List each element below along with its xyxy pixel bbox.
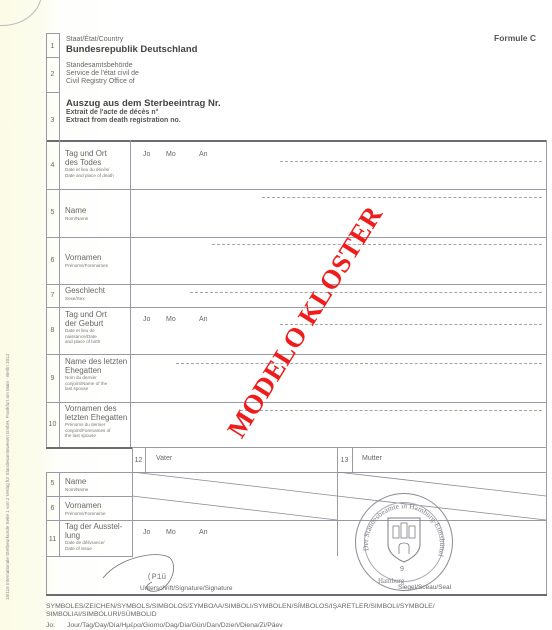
label-translation: Prénoms/Forename: [65, 511, 106, 517]
strike-through-lines: [132, 472, 547, 522]
month-field-label: Mo: [166, 151, 176, 158]
row-number: 2: [46, 71, 59, 78]
father-label: Vater: [156, 455, 172, 462]
month-field-label: Mo: [166, 316, 176, 323]
label-translation: Date et lieu du décès/: [65, 167, 114, 173]
row-label: Tag der Ausstel- lung Date de délivrance…: [65, 523, 122, 551]
row-label: Vornamen Prénoms/Forename: [65, 502, 106, 516]
label-translation: Date and place of death: [65, 173, 114, 179]
label-line: lung: [65, 532, 122, 541]
label-translation: Nom/Name: [65, 487, 88, 493]
row-label: Name Nom/Name: [65, 207, 88, 221]
mother-label: Mutter: [362, 455, 382, 462]
hamburg-castle-coat-of-arms-icon: [386, 514, 422, 564]
publisher-imprint: 15/115 Internationale Sterbeurkunde Seit…: [5, 354, 10, 600]
day-field-label: Jo: [143, 316, 150, 323]
label-translation: Nom/Name: [65, 216, 88, 222]
country-field: Staat/État/Country Bundesrepublik Deutsc…: [66, 36, 197, 55]
symbols-legend-line1: SYMBOLES/ZEICHEN/SYMBOLS/SIMBOLOS/ΣΥΜΒΟΛ…: [46, 603, 435, 611]
row-number: 8: [46, 327, 59, 334]
label-translation: Prénoms/Forenames: [65, 263, 108, 269]
registry-office-label-en: Civil Registry Office of: [66, 78, 139, 86]
seal-label: Siegel/Sceau/Seal: [398, 584, 451, 591]
row-number: 6: [46, 257, 59, 264]
row-number: 11: [46, 536, 59, 543]
label-line: Name: [65, 207, 88, 216]
row-number: 7: [46, 292, 59, 299]
label-line: Ehegatten: [65, 367, 127, 376]
row-number: 4: [46, 162, 59, 169]
label-line: der Geburt: [65, 320, 107, 329]
jo-value: Jour/Tag/Day/Día/Ημέρα/Giorno/Dag/Dia/Gü…: [67, 622, 283, 629]
registration-number-field: Auszug aus dem Sterbeeintrag Nr. Extrait…: [66, 98, 221, 125]
year-field-label: An: [199, 316, 208, 323]
label-line: Vornamen: [65, 502, 106, 511]
row-number: 5: [46, 209, 59, 216]
year-field-label: An: [199, 529, 208, 536]
row-label: Geschlecht Sexe/Sex: [65, 287, 105, 301]
seal-number: 9: [400, 566, 404, 573]
month-field-label: Mo: [166, 529, 176, 536]
father-number: 12: [132, 457, 145, 464]
extract-title-en: Extract from death registration no.: [66, 117, 221, 125]
extract-title-fr: Extrait de l'acte de décès n°: [66, 109, 221, 117]
label-translation: Sexe/Sex: [65, 296, 105, 302]
row-number: 5: [46, 480, 59, 487]
registry-office-label-fr: Service de l'état civil de: [66, 70, 139, 78]
country-label: Staat/État/Country: [66, 36, 197, 44]
country-value: Bundesrepublik Deutschland: [66, 44, 197, 55]
registry-office-label-de: Standesamtsbehörde: [66, 62, 139, 70]
label-line: letzten Ehegatten: [65, 414, 127, 423]
row-number: 6: [46, 505, 59, 512]
label-translation: and place of birth: [65, 339, 107, 345]
row-number: 1: [46, 43, 59, 50]
extract-title: Auszug aus dem Sterbeeintrag Nr.: [66, 98, 221, 109]
symbols-legend-line2: SIMBOLIAI/SIMBOLURI/SÜMBOLID: [46, 611, 157, 619]
row-label: Vornamen Prénoms/Forenames: [65, 254, 108, 268]
year-field-label: An: [199, 151, 208, 158]
label-line: Name: [65, 478, 88, 487]
row-label: Name Nom/Name: [65, 478, 88, 492]
official-seal: Der Standesbeamte in Hamburg-Eimsbüttel …: [355, 493, 453, 591]
row-number: 9: [46, 375, 59, 382]
label-translation: last spouse: [65, 386, 127, 392]
jo-key: Jo:: [46, 622, 55, 629]
row-label: Tag und Ort des Todes Date et lieu du dé…: [65, 150, 114, 178]
row-label: Vornamen des letzten Ehegatten Prénoms d…: [65, 405, 127, 439]
row-number: 10: [46, 421, 59, 428]
signature-label: Unterschrift/Signature/Signature: [140, 585, 233, 592]
mother-number: 13: [338, 457, 351, 464]
label-translation: the last spouse: [65, 433, 127, 439]
row-label: Tag und Ort der Geburt Date et lieu de n…: [65, 311, 107, 345]
day-field-label: Jo: [143, 151, 150, 158]
label-line: Geschlecht: [65, 287, 105, 296]
label-line: des Todes: [65, 159, 114, 168]
registry-office-field: Standesamtsbehörde Service de l'état civ…: [66, 62, 139, 86]
row-number: 3: [46, 117, 59, 124]
day-field-label: Jo: [143, 529, 150, 536]
partial-official-stamp: Eimsbüttel: [0, 0, 42, 26]
symbols-legend-jo: Jo: Jour/Tag/Day/Día/Ημέρα/Giorno/Dag/Di…: [46, 622, 283, 630]
row-label: Name des letzten Ehegatten Nom du dernie…: [65, 358, 127, 392]
handwritten-mark: (P1ü: [147, 573, 166, 582]
label-line: Vornamen: [65, 254, 108, 263]
form-code: Formule C: [494, 33, 536, 43]
